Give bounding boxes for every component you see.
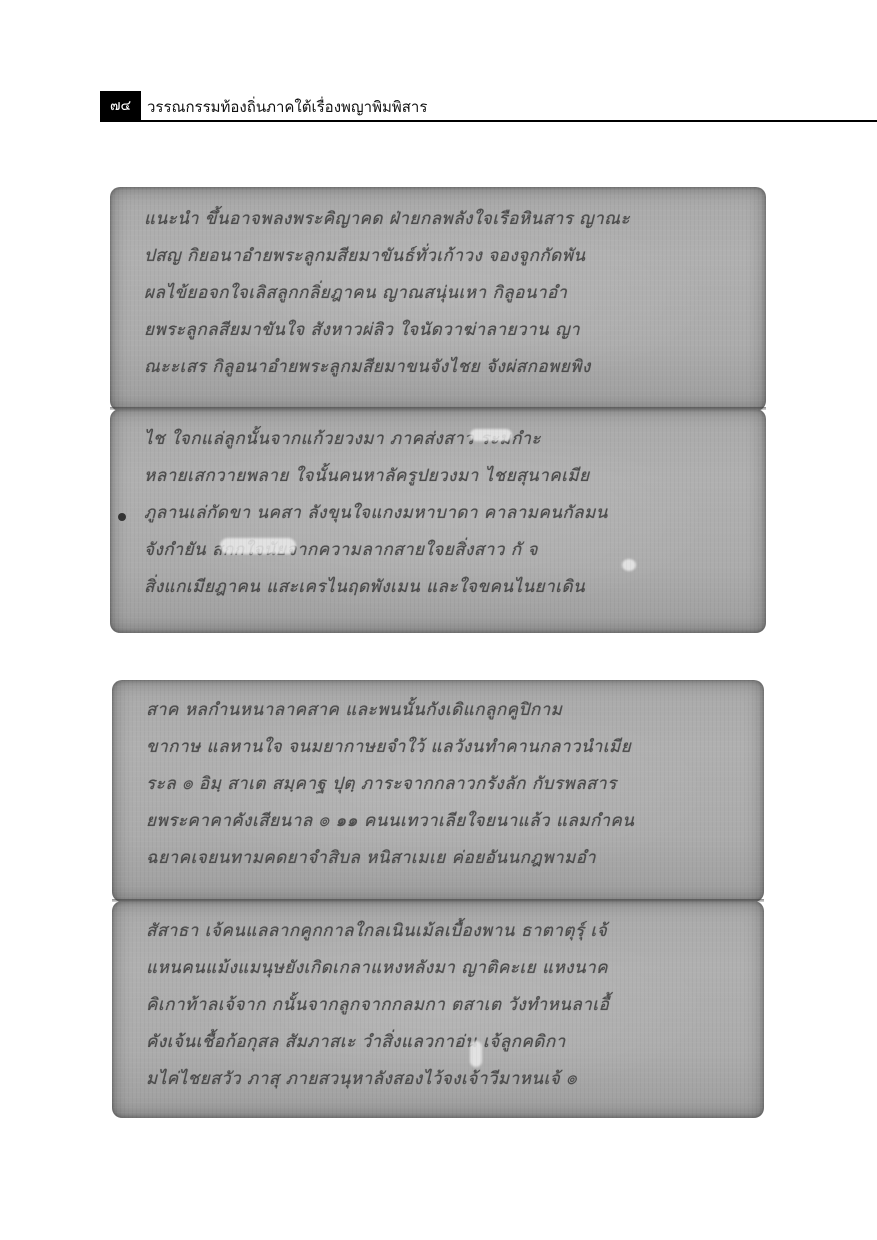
script-line: ยพระลูกลสียมาขันใจ สังหาวผ่ลิว ใจนัดวาฆ่…: [144, 312, 738, 349]
script-line: ระล ๏ อิมฺ สาเต สมฺคาฐ ปุตฺ ภาระจากกลาวก…: [146, 766, 736, 803]
script-line: ผลไข้ยอจกใจเลิสลูกกลิ่ยฎาคน ญาณสนุ่นเหา …: [144, 275, 738, 312]
script-text-block: ไช ใจกแล่ลูกนั้นจากแก้วยวงมา ภาคส่งสาว ร…: [144, 421, 738, 606]
script-line: แนะนำ ขึ้นอาจพลงพระคิญาคด ฝ่ายกลพลังใจเร…: [144, 201, 738, 238]
folio-lower: ไช ใจกแล่ลูกนั้นจากแก้วยวงมา ภาคส่งสาว ร…: [110, 409, 766, 633]
folio-upper: สาค หลกำนหนาลาคสาค และพนนั้นกังเดิแกลูกค…: [112, 680, 764, 902]
folio-upper: แนะนำ ขึ้นอาจพลงพระคิญาคด ฝ่ายกลพลังใจเร…: [110, 187, 766, 411]
script-line: ไช ใจกแล่ลูกนั้นจากแก้วยวงมา ภาคส่งสาว ร…: [144, 421, 738, 458]
script-line: ฉยาคเจยนทามคดยาจำสิบล หนิสาเมเย ค่อยอันน…: [146, 840, 736, 877]
ink-blot: [118, 513, 126, 521]
script-line: ขากาษ แลหานใจ จนมยากาษยจำใว้ แลวังนทำคาน…: [146, 729, 736, 766]
running-header: ๗๔ วรรณกรรมท้องถิ่นภาคใต้เรื่องพญาพิมพิส…: [100, 91, 877, 122]
manuscript-photo-1: แนะนำ ขึ้นอาจพลงพระคิญาคด ฝ่ายกลพลังใจเร…: [110, 187, 766, 633]
manuscript-photo-2: สาค หลกำนหนาลาคสาค และพนนั้นกังเดิแกลูกค…: [112, 680, 764, 1118]
folio-lower: สัสาธา เจ้คนแลลากคูกกาลใกลเนินเม้ลเบื้อง…: [112, 901, 764, 1118]
paper-damage-mark: [470, 429, 512, 441]
script-line: คังเจ้นเชื้อก้อกุสล สัมภาสเะ วำสิ่งแลวกา…: [146, 1024, 736, 1061]
script-line: ปสญ กิยอนาอำยพระลูกมสียมาขันธ์ทั่วเก้าวง…: [144, 238, 738, 275]
page-number: ๗๔: [100, 91, 141, 122]
header-rule: [100, 120, 877, 122]
script-line: สิ่งแกเมียฎาคน แสะเครไนฤดพังเมน และใจขคน…: [144, 569, 738, 606]
script-line: หลายเสกวายพลาย ใจนั้นคนหาลัครูปยวงมา ไชย…: [144, 458, 738, 495]
script-line: มไค่ไชยสวัว ภาสุ ภายสวนุหาลังสองไว้จงเจ้…: [146, 1061, 736, 1098]
script-line: แหนคนแม้งแมนุษยังเกิดเกลาแหงหลังมา ญาติค…: [146, 950, 736, 987]
running-title: วรรณกรรมท้องถิ่นภาคใต้เรื่องพญาพิมพิสาร: [147, 95, 427, 119]
script-line: คิเกาท้าลเจ้จาก กนั้นจากลูกจากกลมกา ตสาเ…: [146, 987, 736, 1024]
script-line: ภูลานเล่กัดขา นคสา ลังขุนใจแกงมหาบาดา คา…: [144, 495, 738, 532]
paper-damage-mark: [220, 538, 296, 554]
script-line: สัสาธา เจ้คนแลลากคูกกาลใกลเนินเม้ลเบื้อง…: [146, 913, 736, 950]
paper-damage-mark: [470, 1041, 482, 1067]
script-text-block: สัสาธา เจ้คนแลลากคูกกาลใกลเนินเม้ลเบื้อง…: [146, 913, 736, 1098]
script-text-block: สาค หลกำนหนาลาคสาค และพนนั้นกังเดิแกลูกค…: [146, 692, 736, 877]
script-line: ยพระคาคาคังเสียนาล ๏ ๑๑ คนนเทวาเลียใจยนา…: [146, 803, 736, 840]
script-line: ณะะเสร กิลูอนาอำยพระลูกมสียมาขนจังไชย จั…: [144, 349, 738, 386]
paper-damage-mark: [622, 559, 636, 571]
script-line: สาค หลกำนหนาลาคสาค และพนนั้นกังเดิแกลูกค…: [146, 692, 736, 729]
script-text-block: แนะนำ ขึ้นอาจพลงพระคิญาคด ฝ่ายกลพลังใจเร…: [144, 201, 738, 386]
